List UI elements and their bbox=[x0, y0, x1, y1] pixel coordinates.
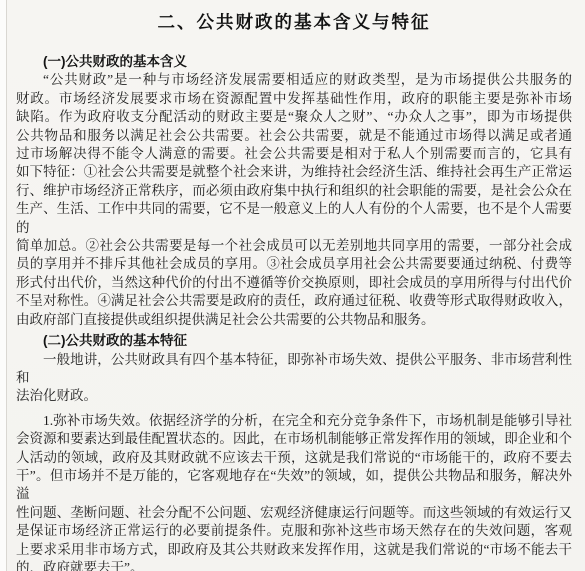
text-line: 1.弥补市场失效。依据经济学的分析，在完全和充分竞争条件下，市场机制是能够引导社 bbox=[16, 412, 572, 430]
text-line: 缺陷。作为政府收支分配活动的财政主要是“聚众人之财”、“办众人之事”，即为市场提… bbox=[16, 108, 572, 126]
paragraph: “公共财政”是一种与市场经济发展需要相适应的财政类型，是为市场提供公共服务的财政… bbox=[16, 71, 572, 329]
text-line: 生产、生活、工作中共同的需要，它不是一般意义上的人人有份的个人需要，也不是个人需… bbox=[16, 200, 572, 237]
text-line: 财政。市场经济发展要求市场在资源配置中发挥基础性作用，政府的职能主要是弥补市场 bbox=[16, 90, 572, 108]
text-line: 上要求采用非市场方式，即政府及其公共财政来发挥作用，这就是我们常说的“市场不能去… bbox=[16, 541, 572, 559]
text-line: 不呈对称性。④满足社会公共需要是政府的责任，政府通过征税、收费等形式取得财政收入… bbox=[16, 292, 572, 310]
text-line: 过市场解决得不能令人满意的需要。社会公共需要是相对于私人个别需要而言的，它具有 bbox=[16, 145, 572, 163]
scanned-document-page: 二、公共财政的基本含义与特征 (一)公共财政的基本含义“公共财政”是一种与市场经… bbox=[0, 0, 585, 571]
text-line: 行、维护市场经济正常秩序，而必须由政府集中执行和组织的社会职能的需要，是社会公众… bbox=[16, 182, 572, 200]
page-title: 二、公共财政的基本含义与特征 bbox=[16, 10, 572, 34]
text-line: 法治化财政。 bbox=[16, 387, 572, 405]
text-line: 一般地讲，公共财政具有四个基本特征，即弥补市场失效、提供公平服务、非市场营利性和 bbox=[16, 351, 572, 388]
text-line: 如下特征：①社会公共需要是就整个社会来讲，为维持社会经济生活、维持社会再生产正常… bbox=[16, 163, 572, 181]
text-line: 干”。但市场并不是万能的，它客观地存在“失效”的领域，如，提供公共物品和服务，解… bbox=[16, 467, 572, 504]
text-line: 由政府部门直接提供或组织提供满足社会公共需要的公共物品和服务。 bbox=[16, 311, 572, 329]
section-heading: (一)公共财政的基本含义 bbox=[16, 53, 572, 71]
section-heading: (二)公共财政的基本特征 bbox=[16, 332, 572, 350]
text-line: 简单加总。②社会公共需要是每一个社会成员可以无差别地共同享用的需要，一部分社会成 bbox=[16, 237, 572, 255]
text-line: 性问题、垄断问题、社会分配不公问题、宏观经济健康运行问题等。而这些领域的有效运行… bbox=[16, 504, 572, 522]
paragraph: 1.弥补市场失效。依据经济学的分析，在完全和充分竞争条件下，市场机制是能够引导社… bbox=[16, 412, 572, 571]
text-line: 人活动的领域，政府及其财政就不应该去干预，这就是我们常说的“市场能干的，政府不要… bbox=[16, 449, 572, 467]
text-line: “公共财政”是一种与市场经济发展需要相适应的财政类型，是为市场提供公共服务的 bbox=[16, 71, 572, 89]
document-body: (一)公共财政的基本含义“公共财政”是一种与市场经济发展需要相适应的财政类型，是… bbox=[16, 53, 572, 571]
text-line: 会资源和要素达到最佳配置状态的。因此，在市场机制能够正常发挥作用的领域，即企业和… bbox=[16, 430, 572, 448]
text-line: 的，政府就要去干”。 bbox=[16, 559, 572, 571]
text-line: 公共物品和服务以满足社会公共需要。社会公共需要，就是不能通过市场得以满足或者通 bbox=[16, 127, 572, 145]
text-line: 是保证市场经济正常运行的必要前提条件。克服和弥补这些市场天然存在的失效问题，客观 bbox=[16, 522, 572, 540]
text-line: 形式付出代价，当然这种代价的付出不遵循等价交换原则，即社会成员的享用所得与付出代… bbox=[16, 274, 572, 292]
page-left-edge bbox=[0, 0, 7, 571]
paragraph: 一般地讲，公共财政具有四个基本特征，即弥补市场失效、提供公平服务、非市场营利性和… bbox=[16, 351, 572, 406]
text-line: 员的享用并不排斥其他社会成员的享用。③社会成员享用社会公共需要要通过纳税、付费等 bbox=[16, 255, 572, 273]
